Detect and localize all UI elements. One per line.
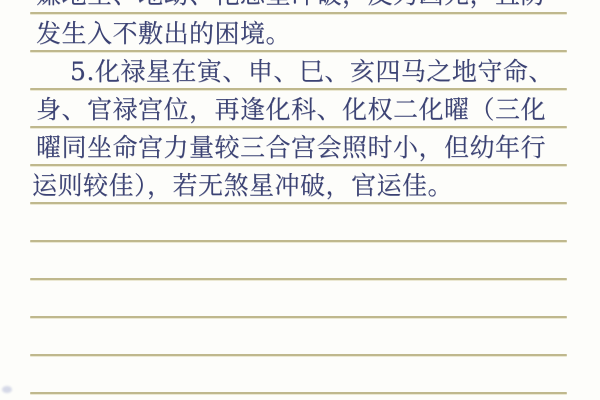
ink-smudge — [2, 386, 12, 393]
handwritten-line-4: 身、官禄宫位，再逢化科、化权二化曜（三化 — [36, 95, 546, 127]
handwritten-line-5: 曜同坐命宫力量较三合宫会照时小，但幼年行 — [36, 133, 546, 165]
handwritten-line-2: 发生入不敷出的困境。 — [36, 19, 291, 51]
notebook-page: 嫌地空、地劫、化忌星冲破，反为凶兆，且防 发生入不敷出的困境。 5.化禄星在寅、… — [0, 0, 600, 400]
handwritten-line-1: 嫌地空、地劫、化忌星冲破，反为凶兆，且防 — [36, 0, 546, 12]
handwritten-line-6: 运则较佳），若无煞星冲破，官运佳。 — [32, 171, 453, 203]
ruled-line — [30, 392, 567, 394]
ruled-line — [30, 12, 567, 14]
ruled-line — [30, 316, 567, 318]
ruled-line — [30, 354, 567, 356]
handwritten-line-3: 5.化禄星在寅、申、巳、亥四马之地守命、 — [70, 57, 554, 89]
ruled-line — [30, 278, 567, 280]
ruled-line — [30, 240, 567, 242]
